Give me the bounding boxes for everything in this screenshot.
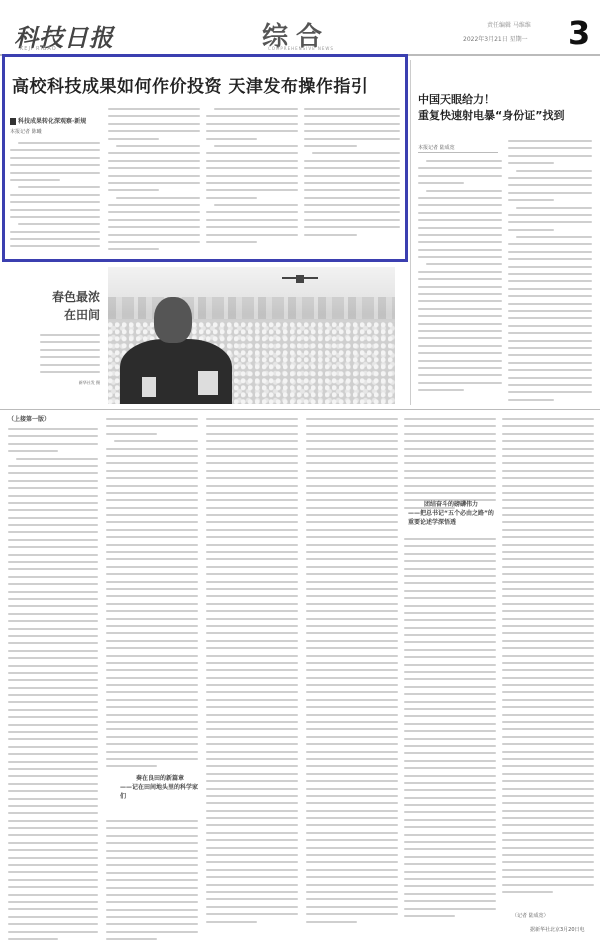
drone-icon	[282, 277, 318, 285]
lower-heading-text: 奏在良田的新篇章	[120, 774, 200, 783]
side-article-title[interactable]: 中国天眼给力！ 重复快速射电暴“身份证”找到	[418, 92, 564, 124]
lower-section-rule	[0, 409, 600, 410]
dateline: 2022年3月21日 星期一	[463, 34, 528, 43]
lower-col-6	[502, 418, 594, 898]
logo-subtitle: KEJI RIBAO	[20, 46, 57, 52]
side-title-line-1: 中国天眼给力！	[418, 92, 564, 108]
lead-article-title[interactable]: 高校科技成果如何作价投资 天津发布操作指引	[12, 72, 368, 97]
lower-col-3	[206, 418, 298, 928]
photo-caption-text	[40, 334, 100, 378]
jacket-emblem	[142, 377, 156, 397]
column-divider	[410, 60, 411, 405]
photo-skyline	[108, 297, 395, 319]
footer-note: （记者 陆成宽）	[512, 912, 549, 921]
jacket-emblem	[198, 371, 218, 395]
edition-editor: 责任编辑 马维维	[487, 20, 531, 29]
side-article-col-1	[418, 160, 502, 397]
lead-article-col-4	[304, 108, 400, 241]
kicker-square-icon	[10, 118, 16, 125]
photo-title-line-2: 在田间	[46, 306, 100, 324]
photo-feature-title: 春色最浓 在田间	[46, 288, 100, 324]
lead-article-byline: 本报记者 陈曦	[10, 128, 42, 135]
middle-right-heading[interactable]: 团结奋斗的磅礴伟力 ——把总书记“五个必由之路”的重要论述学深悟透	[408, 500, 494, 527]
lower-article-heading[interactable]: 奏在良田的新篇章 ——记在田间地头里的科学家们	[120, 774, 200, 801]
kicker-text: 科技成果转化深观察·新规	[18, 118, 86, 125]
farmer-drone-photo[interactable]	[108, 267, 395, 404]
photo-person-head	[154, 297, 192, 343]
middle-subheading-text: ——把总书记“五个必由之路”的重要论述学深悟透	[408, 509, 494, 527]
side-article-byline: 本报记者 陆成宽	[418, 144, 455, 151]
side-byline-rule	[418, 152, 498, 153]
section-subtitle: COMPREHENSIVE NEWS	[268, 46, 334, 51]
lower-col-4	[306, 418, 398, 928]
lower-col-5b	[404, 538, 496, 922]
lead-article-kicker: 科技成果转化深观察·新规	[10, 116, 86, 125]
photo-credit: 新华社发 摄	[50, 380, 100, 386]
photo-title-line-1: 春色最浓	[46, 288, 100, 306]
lower-col-2b	[106, 820, 198, 943]
page-number: 3	[568, 14, 590, 52]
side-title-line-2: 重复快速射电暴“身份证”找到	[418, 108, 564, 124]
lower-col-1	[8, 428, 98, 943]
lead-article-col-2	[108, 108, 200, 256]
lead-article-col-1	[10, 142, 100, 253]
lower-subheading-text: ——记在田间地头里的科学家们	[120, 783, 200, 801]
footer-credit: 据新华社北京3月20日电	[530, 926, 585, 935]
continued-from-tag: （上接第一版）	[8, 415, 50, 424]
middle-heading-text: 团结奋斗的磅礴伟力	[408, 500, 494, 509]
lower-col-2	[106, 418, 198, 773]
side-article-col-2	[508, 140, 592, 406]
lead-article-col-3	[206, 108, 298, 248]
masthead: 科技日报 KEJI RIBAO 综合 COMPREHENSIVE NEWS 责任…	[0, 0, 600, 56]
